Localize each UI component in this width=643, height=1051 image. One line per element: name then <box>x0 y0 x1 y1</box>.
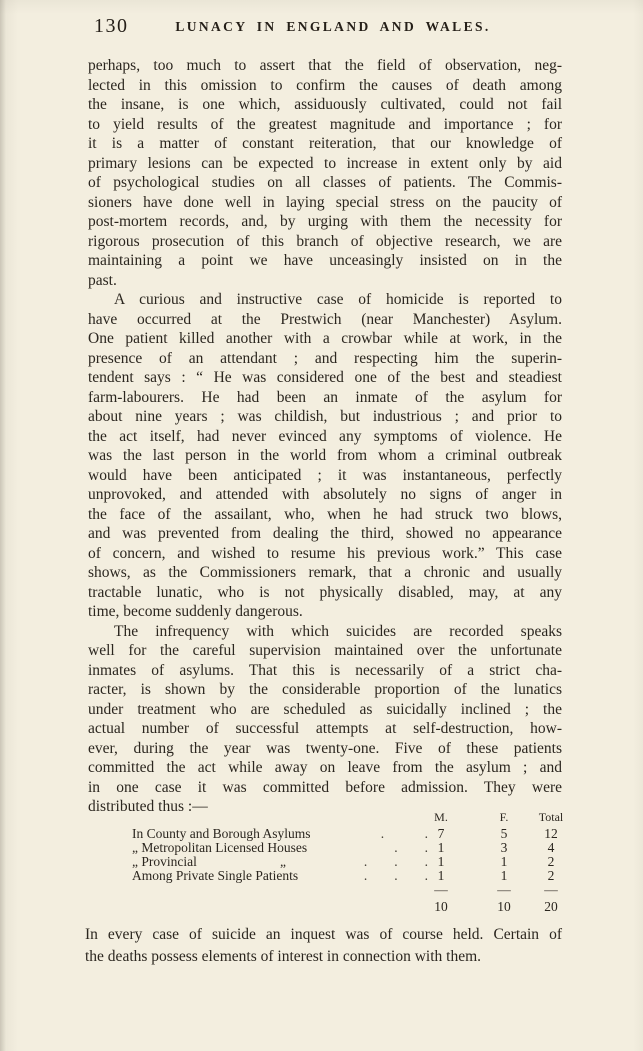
text-line: tractable lunatic, who is not physically… <box>88 583 562 603</box>
text-line: farm-labourers. He had been an inmate of… <box>88 388 562 408</box>
text-line: was the last person in the world from wh… <box>88 446 562 466</box>
text-line: presence of an attendant ; and respectin… <box>88 349 562 369</box>
text-line: tendent says : “ He was considered one o… <box>88 368 562 388</box>
text-line: unprovoked, and attended with absolutely… <box>88 485 562 505</box>
text-line: the face of the assailant, who, when he … <box>88 505 562 525</box>
text-line: shows, as the Commissioners remark, that… <box>88 563 562 583</box>
text-line: racter, is shown by the considerable pro… <box>88 680 562 700</box>
rule-dash-total: — <box>525 882 577 898</box>
text-line: sioners have done well in laying special… <box>88 193 562 213</box>
text-line: rigorous prosecution of this branch of o… <box>88 232 562 252</box>
text-line: committed the act while away on leave fr… <box>88 758 562 778</box>
closing-paragraph: In every case of suicide an inquest was … <box>85 924 562 967</box>
text-line: have occurred at the Prestwich (near Man… <box>88 310 562 330</box>
col-header-total: Total <box>525 810 577 825</box>
totals-male: 10 <box>419 899 463 915</box>
text-line: in one case it was committed before admi… <box>88 778 562 798</box>
paragraph: perhaps, too much to assert that the fie… <box>88 56 562 290</box>
text-line: under treatment who are scheduled as sui… <box>88 700 562 720</box>
rule-dash-male: — <box>419 882 463 898</box>
text-line: One patient killed another with a crowba… <box>88 329 562 349</box>
text-line: about nine years ; was childish, but ind… <box>88 407 562 427</box>
text-line: would have been anticipated ; it was ins… <box>88 466 562 486</box>
text-line: it is a matter of constant reiteration, … <box>88 134 562 154</box>
text-line: In every case of suicide an inquest was … <box>85 924 562 946</box>
col-header-male: M. <box>419 810 463 825</box>
text-line: of concern, and wished to resume his pre… <box>88 544 562 564</box>
page-header: 130 LUNACY IN ENGLAND AND WALES. <box>88 15 562 39</box>
totals-female: 10 <box>482 899 526 915</box>
totals-total: 20 <box>525 899 577 915</box>
text-line: past. <box>88 271 562 291</box>
text-line: perhaps, too much to assert that the fie… <box>88 56 562 76</box>
table-row: Among Private Single Patients. . .112 <box>88 868 588 883</box>
text-line: inmates of asylums. That this is necessa… <box>88 661 562 681</box>
distribution-table: M. F. Total In County and Borough Asylum… <box>88 810 588 920</box>
text-line: of psychological studies on all classes … <box>88 173 562 193</box>
table-row: In County and Borough Asylums. .7512 <box>88 826 588 841</box>
col-header-female: F. <box>482 810 526 825</box>
text-line: and was prevented from dealing the third… <box>88 524 562 544</box>
paragraph: The infrequency with which suicides are … <box>88 622 562 817</box>
text-line: post-mortem records, and, by urging with… <box>88 212 562 232</box>
text-line: The infrequency with which suicides are … <box>88 622 562 642</box>
text-line: to yield results of the greatest magnitu… <box>88 115 562 135</box>
text-line: primary lesions can be expected to incre… <box>88 154 562 174</box>
paragraph: A curious and instructive case of homici… <box>88 290 562 622</box>
text-line: actual number of successful attempts at … <box>88 719 562 739</box>
text-line: the deaths possess elements of interest … <box>85 946 562 968</box>
rule-dash-female: — <box>482 882 526 898</box>
text-line: the insane, is one which, assiduously cu… <box>88 95 562 115</box>
table-row: „ Provincial„. . .112 <box>88 854 588 869</box>
body-text: perhaps, too much to assert that the fie… <box>88 56 562 817</box>
table-header-row: M. F. Total <box>88 810 588 825</box>
text-line: lected in this omission to confirm the c… <box>88 76 562 96</box>
table-totals-row: 10 10 20 <box>88 899 588 914</box>
text-line: maintaining a point we have unceasingly … <box>88 251 562 271</box>
text-line: the act itself, had never evinced any sy… <box>88 427 562 447</box>
text-line: A curious and instructive case of homici… <box>88 290 562 310</box>
table-row: „ Metropolitan Licensed Houses. .134 <box>88 840 588 855</box>
book-page: 130 LUNACY IN ENGLAND AND WALES. perhaps… <box>0 0 643 1051</box>
text-line: time, become suddenly dangerous. <box>88 602 562 622</box>
running-title: LUNACY IN ENGLAND AND WALES. <box>104 19 562 35</box>
text-line: ever, during the year was twenty-one. Fi… <box>88 739 562 759</box>
table-rule-row: — — — <box>88 882 588 897</box>
text-line: well for the careful supervision maintai… <box>88 641 562 661</box>
